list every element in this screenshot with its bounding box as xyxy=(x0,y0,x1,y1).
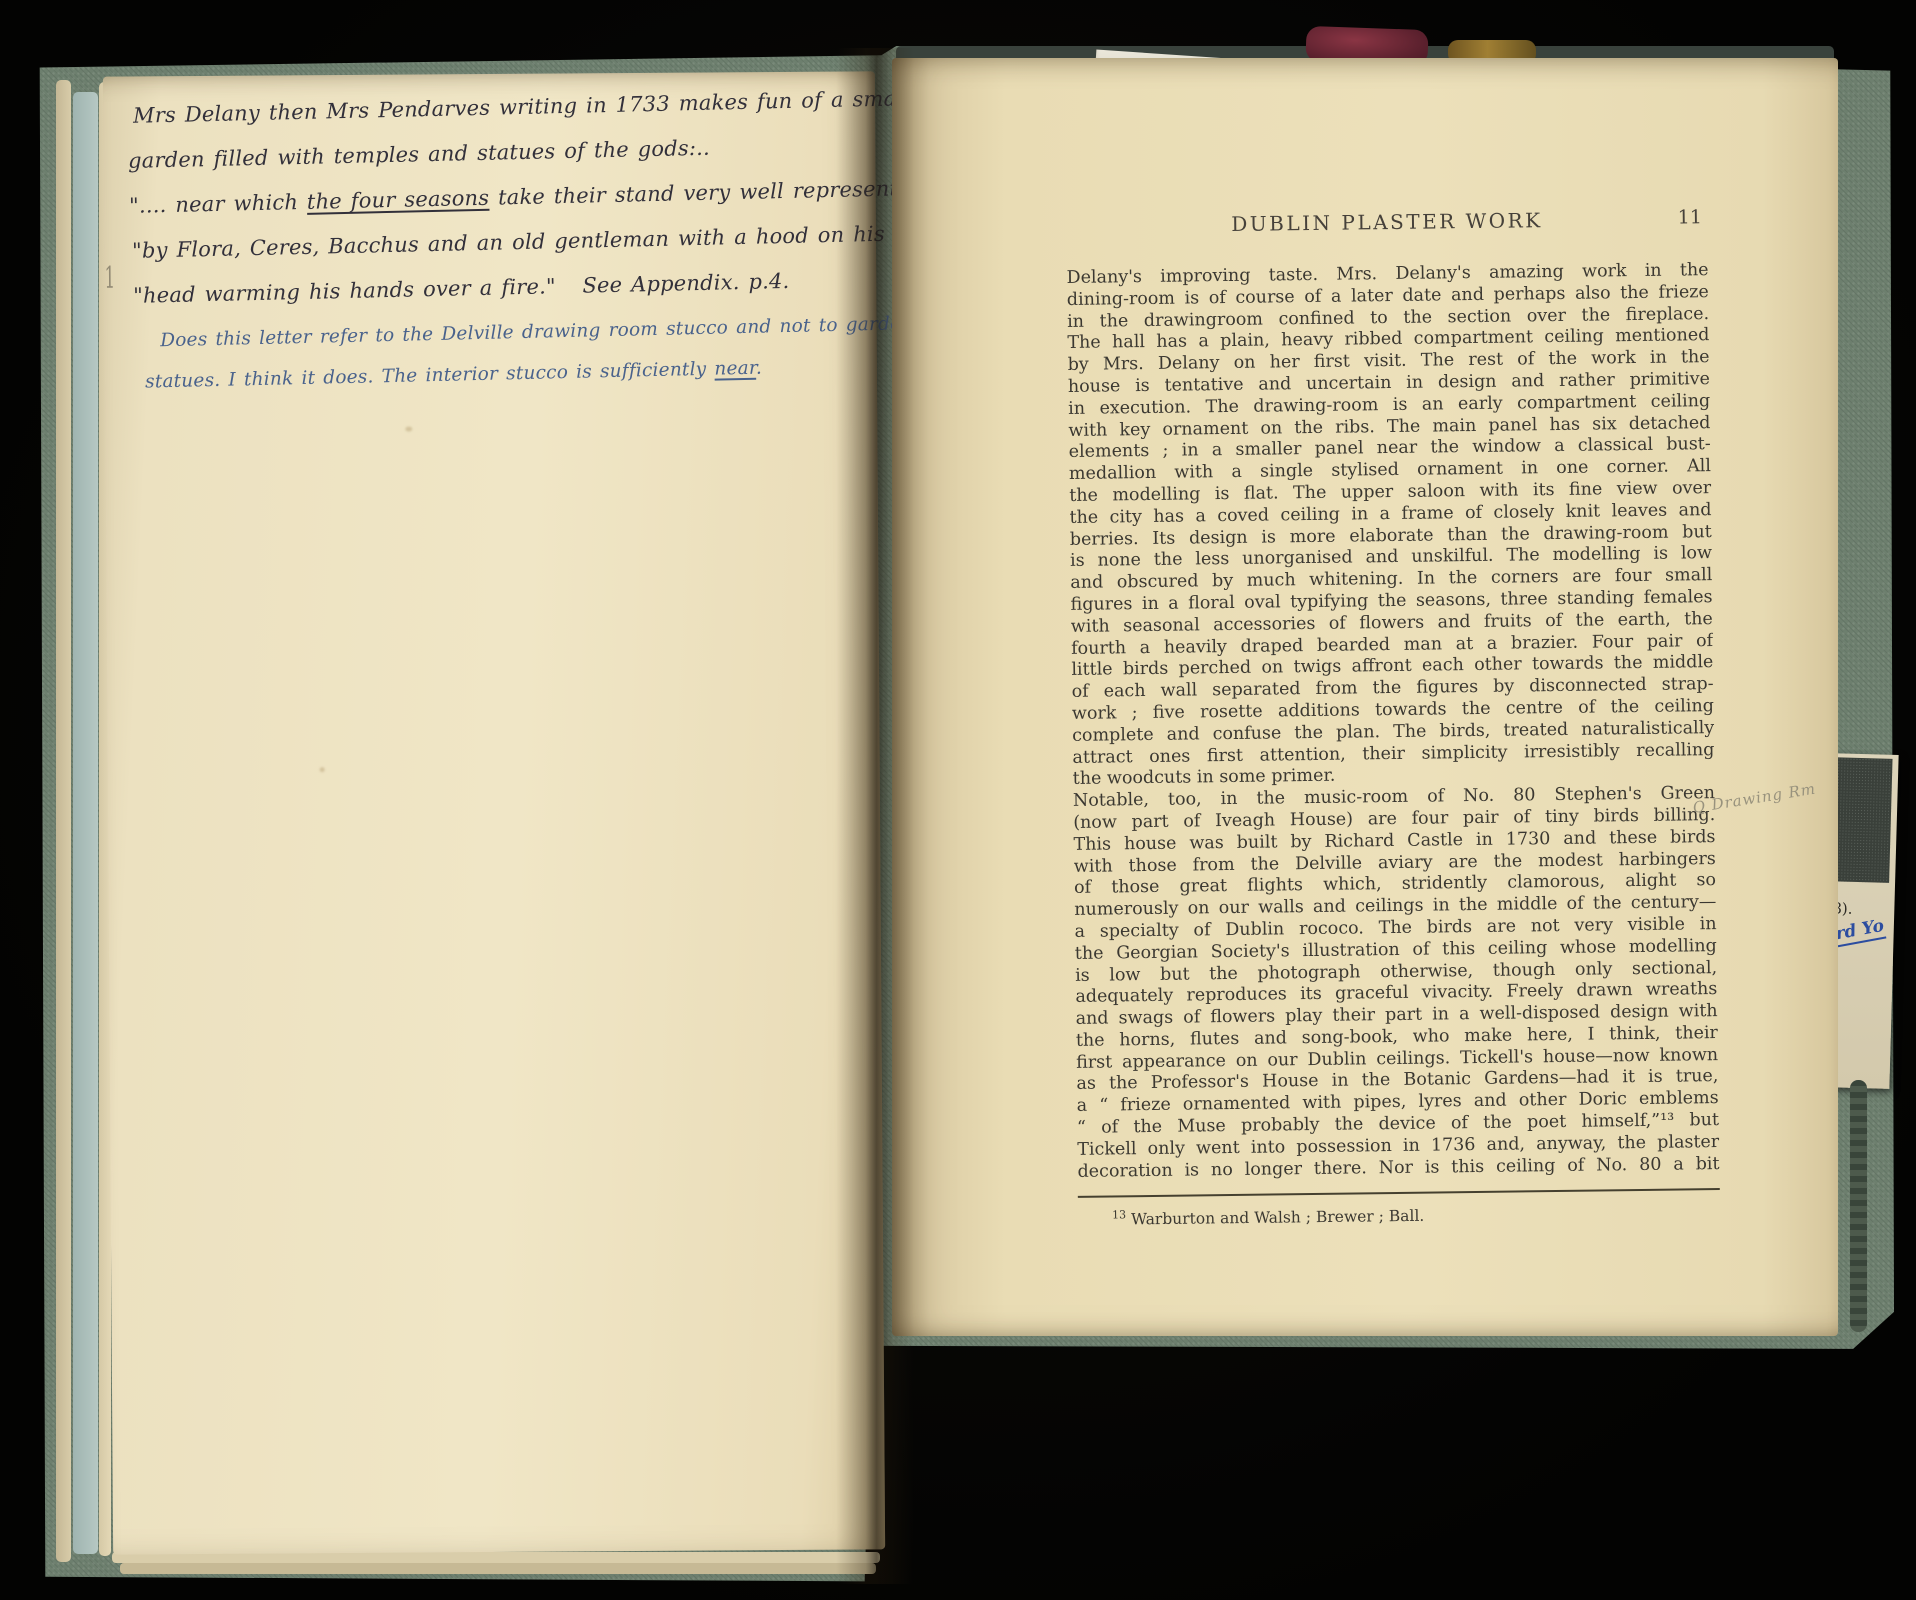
open-book-photo: 8). rd Yo 1 Mrs Delany then Mrs Pendarve… xyxy=(0,0,1916,1600)
body-paragraph: Notable, too, in the music-room of No. 8… xyxy=(1073,783,1720,1183)
margin-mark: 1 xyxy=(104,261,115,296)
printed-text-block: DUBLIN PLASTER WORK 11 Delany's improvin… xyxy=(1066,206,1720,1229)
footnote: 13 Warburton and Walsh ; Brewer ; Ball. xyxy=(1078,1202,1720,1230)
foxing-spot xyxy=(320,767,325,772)
endpaper-edge xyxy=(73,92,98,1554)
footnote-marker: 13 xyxy=(1112,1209,1126,1222)
handwritten-note: Mrs Delany then Mrs Pendarves writing in… xyxy=(127,78,814,402)
body-paragraph: Delany's improving taste. Mrs. Delany's … xyxy=(1066,260,1714,791)
left-page: 1 Mrs Delany then Mrs Pendarves writing … xyxy=(103,71,885,1554)
underlined-word: near xyxy=(714,358,756,380)
note-text: take their stand very well represented xyxy=(489,176,925,210)
foxing-spot xyxy=(405,427,412,432)
annotation-text: . xyxy=(756,358,763,379)
clipping-halftone-photo xyxy=(1831,757,1892,883)
footnote-rule xyxy=(1078,1189,1720,1199)
right-page: DUBLIN PLASTER WORK 11 Delany's improvin… xyxy=(892,58,1838,1336)
page-stack-edge-bottom xyxy=(120,1563,876,1574)
clipping-ink-note: rd Yo xyxy=(1834,916,1886,947)
note-text: ".... near which xyxy=(129,190,307,218)
underlined-phrase: the four seasons xyxy=(307,186,490,214)
footnote-text: Warburton and Walsh ; Brewer ; Ball. xyxy=(1131,1207,1424,1229)
page-edge-cord xyxy=(1850,1080,1867,1332)
page-stack-edge xyxy=(56,80,71,1562)
page-title: DUBLIN PLASTER WORK xyxy=(1066,206,1708,238)
annotation-text: statues. I think it does. The interior s… xyxy=(145,359,715,393)
running-head: DUBLIN PLASTER WORK 11 xyxy=(1066,206,1708,242)
page-number: 11 xyxy=(1678,206,1702,228)
